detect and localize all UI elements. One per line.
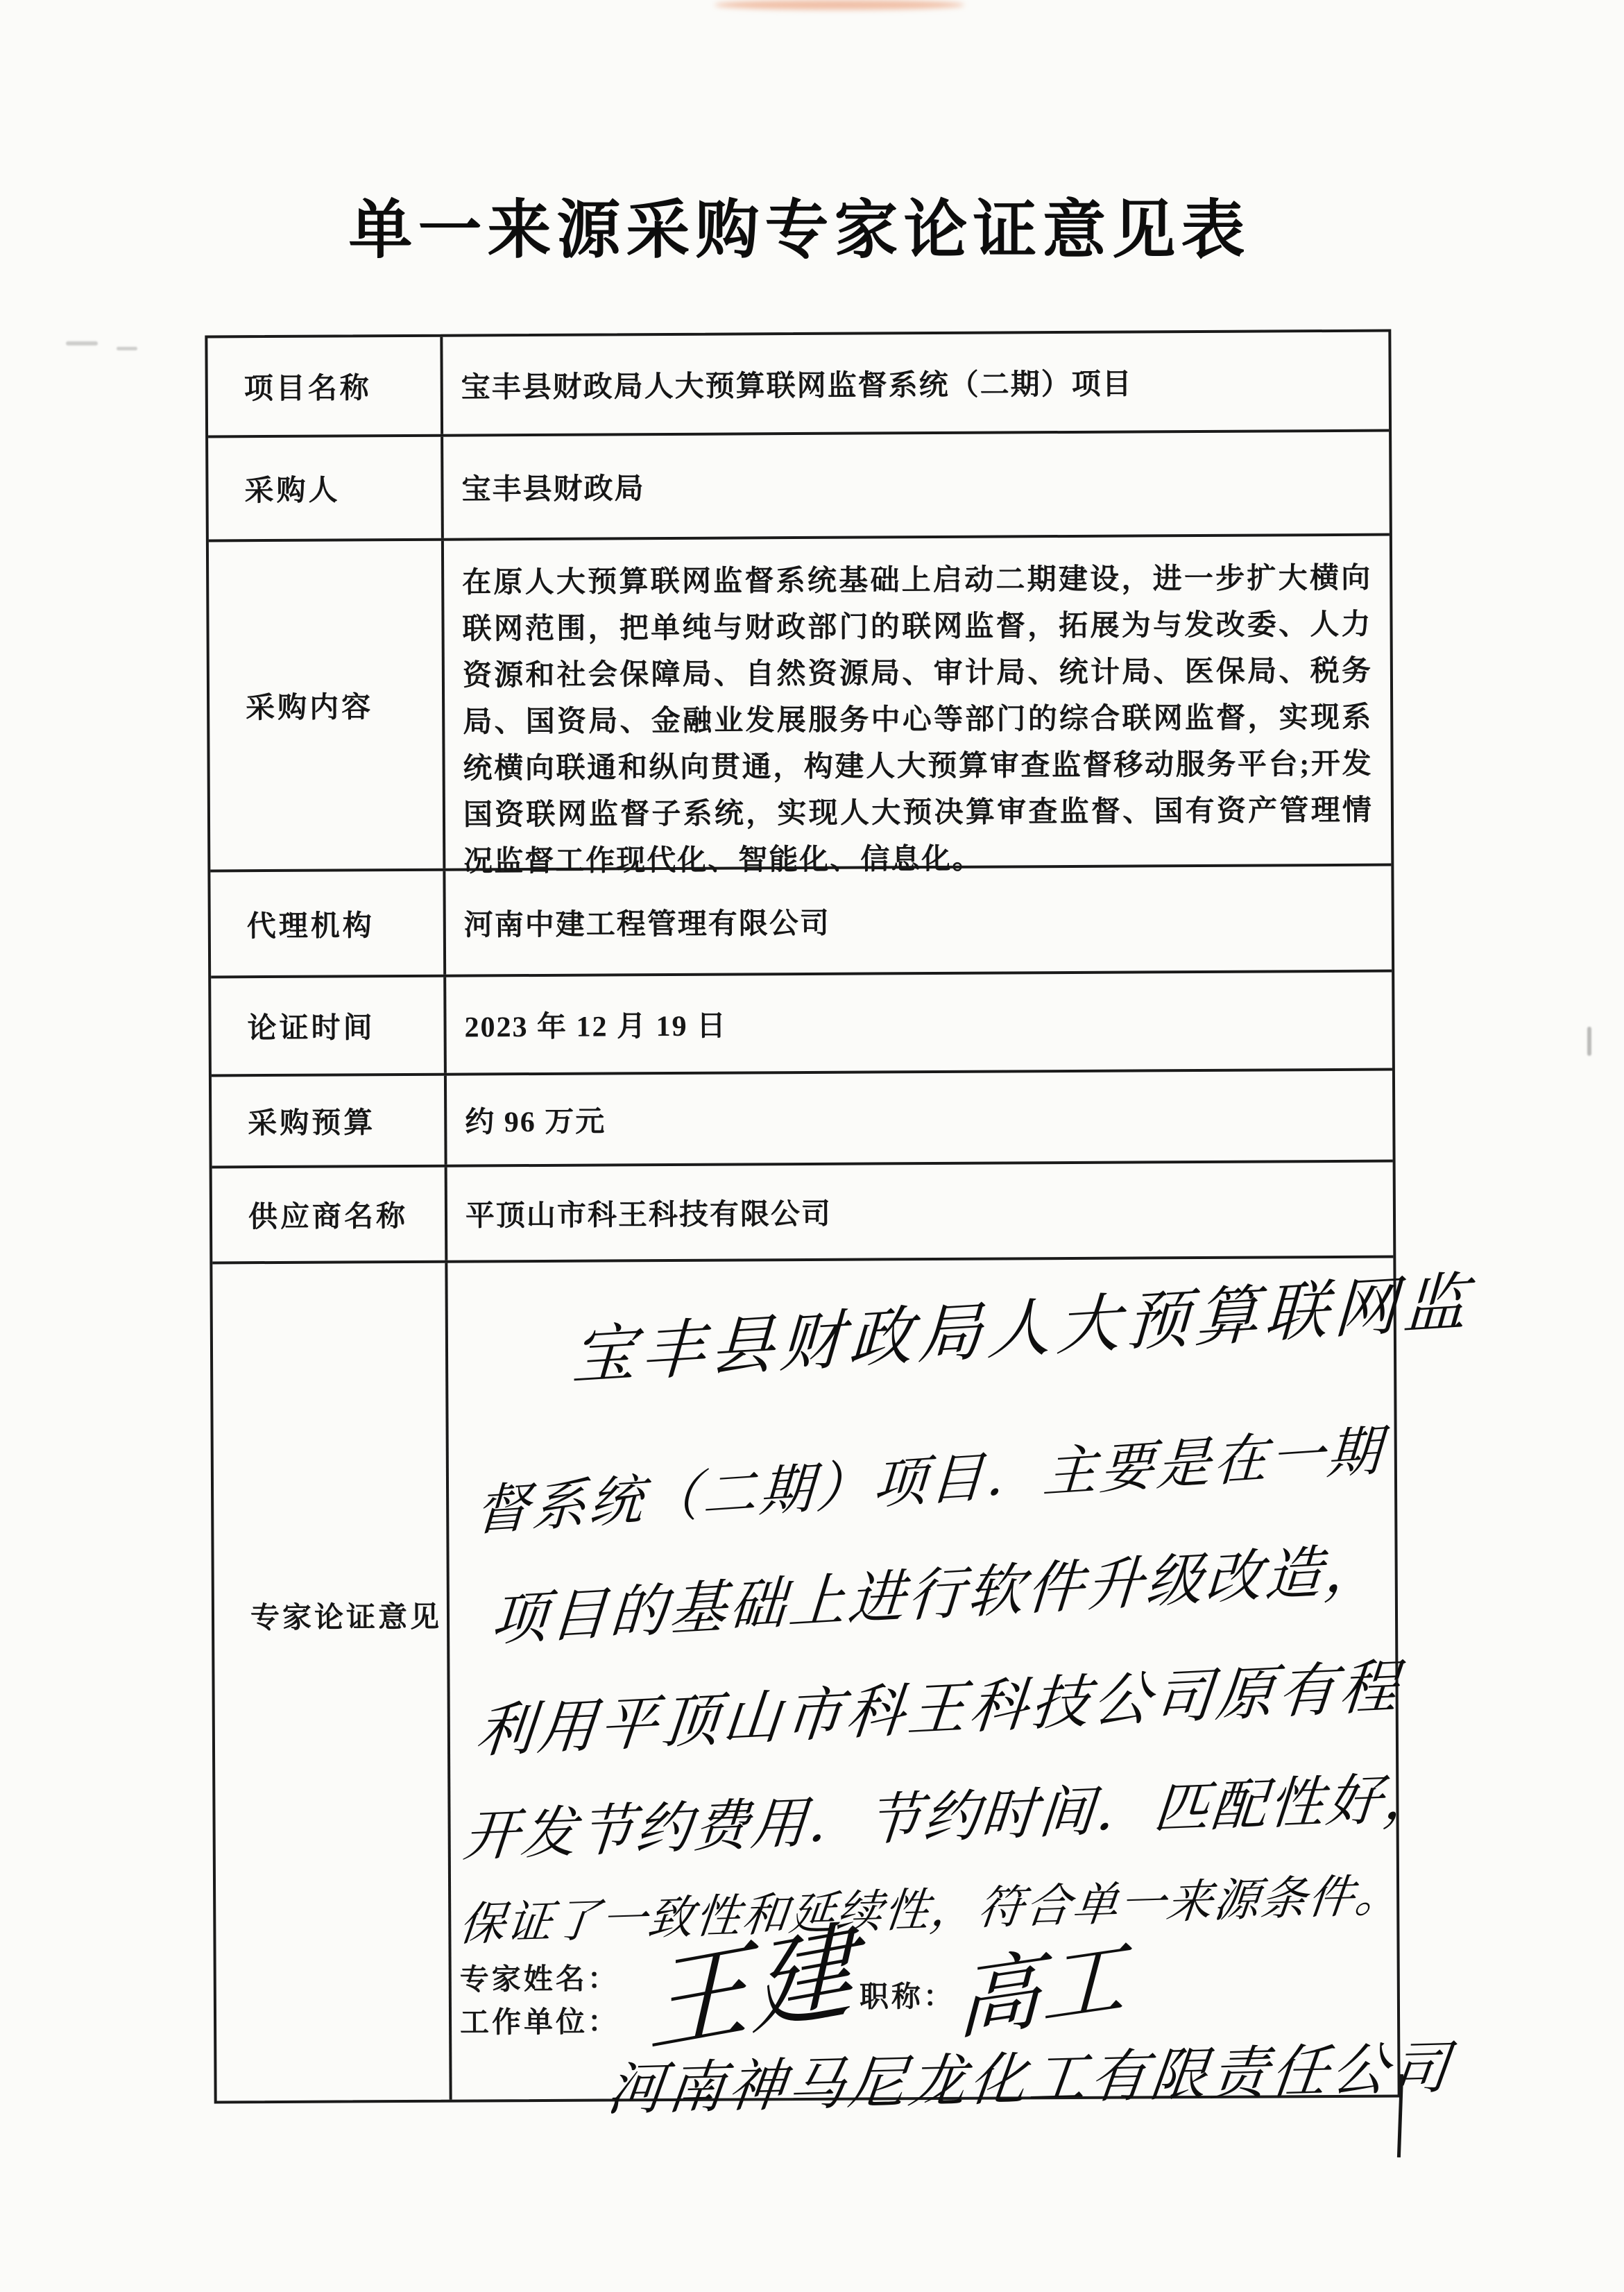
form-table: 项目名称 宝丰县财政局人大预算联网监督系统（二期）项目 采购人 宝丰县财政局 采… — [205, 330, 1400, 2104]
row-value: 宝丰县财政局人大预算联网监督系统（二期）项目 — [443, 332, 1389, 434]
table-row-agency: 代理机构 河南中建工程管理有限公司 — [210, 866, 1392, 979]
row-label: 采购内容 — [209, 541, 445, 870]
row-value: 2023 年 12 月 19 日 — [446, 973, 1392, 1073]
scan-smudge-artifact — [715, 0, 964, 10]
row-value: 约 96 万元 — [447, 1071, 1393, 1165]
row-label: 采购人 — [208, 437, 444, 540]
handwriting-line: 开发节约费用．节约时间．匹配性好， — [461, 1752, 1445, 1872]
row-value: 河南中建工程管理有限公司 — [445, 866, 1392, 975]
scan-speck-artifact — [1587, 1027, 1591, 1056]
handwriting-line: 保证了一致性和延续性，符合单一来源条件。 — [456, 1858, 1407, 1953]
table-row-purchaser: 采购人 宝丰县财政局 — [208, 432, 1390, 542]
row-label: 项目名称 — [207, 337, 443, 436]
table-row-project-name: 项目名称 宝丰县财政局人大预算联网监督系统（二期）项目 — [207, 332, 1389, 438]
table-row-demonstration-date: 论证时间 2023 年 12 月 19 日 — [211, 973, 1392, 1077]
row-label: 专家论证意见 — [212, 1263, 452, 2101]
work-unit-label: 工作单位： — [460, 1999, 619, 2041]
row-label: 代理机构 — [210, 871, 446, 976]
handwriting-line: 项目的基础上进行软件升级改造， — [488, 1523, 1387, 1657]
scan-speck-artifact — [66, 341, 98, 345]
row-label: 采购预算 — [212, 1076, 447, 1166]
row-value: 在原人大预算联网监督系统基础上启动二期建设，进一步扩大横向联网范围，把单纯与财政… — [444, 536, 1391, 869]
scan-speck-artifact — [117, 347, 137, 350]
handwriting-line: 督系统（二期）项目．主要是在一期 — [474, 1408, 1386, 1546]
expert-name-label: 专家姓名： — [460, 1956, 619, 1998]
row-label: 供应商名称 — [212, 1168, 448, 1262]
table-row-expert-opinion: 专家论证意见 宝丰县财政局人大预算联网监 督系统（二期）项目．主要是在一期 项目… — [212, 1258, 1397, 2101]
row-value: 平顶山市科王科技有限公司 — [447, 1163, 1394, 1260]
table-row-budget: 采购预算 约 96 万元 — [212, 1071, 1393, 1169]
row-value: 宝丰县财政局 — [443, 432, 1390, 538]
handwriting-line: 宝丰县财政局人大预算联网监 — [570, 1250, 1474, 1397]
opinion-cell: 宝丰县财政局人大预算联网监 督系统（二期）项目．主要是在一期 项目的基础上进行软… — [447, 1258, 1397, 2100]
row-label: 论证时间 — [211, 977, 447, 1075]
document-page: 单一来源采购专家论证意见表 项目名称 宝丰县财政局人大预算联网监督系统（二期）项… — [0, 0, 1624, 2292]
table-row-procurement-content: 采购内容 在原人大预算联网监督系统基础上启动二期建设，进一步扩大横向联网范围，把… — [209, 536, 1391, 873]
handwriting-line: 利用平顶山市科王科技公司原有程 — [472, 1639, 1405, 1769]
table-row-supplier: 供应商名称 平顶山市科王科技有限公司 — [212, 1163, 1394, 1265]
job-title-label: 职称： — [860, 1974, 955, 2016]
page-title: 单一来源采购专家论证意见表 — [0, 179, 1612, 271]
